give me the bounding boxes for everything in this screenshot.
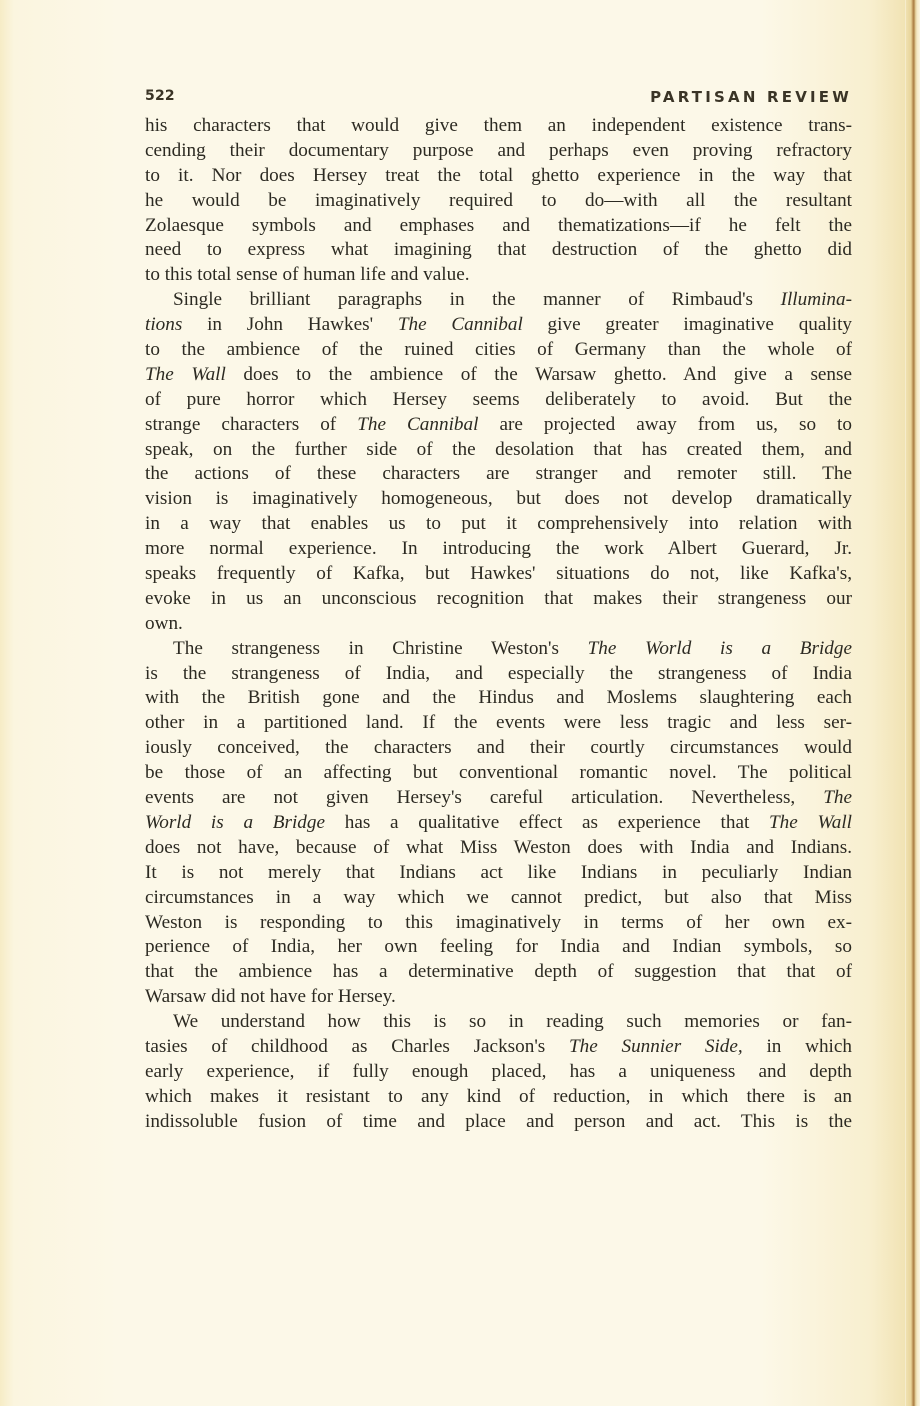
- text-line: in a way that enables us to put it compr…: [145, 512, 852, 537]
- text-line: vision is imaginatively homogeneous, but…: [145, 487, 852, 512]
- text-line: speak, on the further side of the desola…: [145, 438, 852, 463]
- text-segment: early experience, if fully enough placed…: [145, 1061, 852, 1082]
- italic-title: Illumina-: [781, 289, 852, 310]
- italic-title: The Cannibal: [357, 414, 478, 435]
- text-segment: cending their documentary purpose and pe…: [145, 140, 852, 161]
- text-line: is the strangeness of India, and especia…: [145, 662, 852, 687]
- text-line: It is not merely that Indians act like I…: [145, 861, 852, 886]
- text-segment: to this total sense of human life and va…: [145, 264, 470, 285]
- text-segment: perience of India, her own feeling for I…: [145, 936, 852, 957]
- text-segment: in John Hawkes': [182, 314, 397, 335]
- text-segment: that the ambience has a determinative de…: [145, 961, 852, 982]
- text-segment: tasies of childhood as Charles Jackson's: [145, 1036, 569, 1057]
- text-line: tasies of childhood as Charles Jackson's…: [145, 1035, 852, 1060]
- text-line: The Wall does to the ambience of the War…: [145, 363, 852, 388]
- text-line: strange characters of The Cannibal are p…: [145, 413, 852, 438]
- text-line: own.: [145, 612, 852, 637]
- text-line: of pure horror which Hersey seems delibe…: [145, 388, 852, 413]
- text-segment: indissoluble fusion of time and place an…: [145, 1111, 852, 1132]
- text-segment: of pure horror which Hersey seems delibe…: [145, 389, 852, 410]
- text-line: his characters that would give them an i…: [145, 114, 852, 139]
- text-segment: in which: [743, 1036, 852, 1057]
- text-line: circumstances in a way which we cannot p…: [145, 886, 852, 911]
- text-segment: the actions of these characters are stra…: [145, 463, 852, 484]
- text-line: speaks frequently of Kafka, but Hawkes' …: [145, 562, 852, 587]
- text-line: to it. Nor does Hersey treat the total g…: [145, 164, 852, 189]
- text-line: he would be imaginatively required to do…: [145, 189, 852, 214]
- text-line: The strangeness in Christine Weston's Th…: [145, 637, 852, 662]
- text-segment: other in a partitioned land. If the even…: [145, 712, 852, 733]
- text-line: other in a partitioned land. If the even…: [145, 711, 852, 736]
- text-segment: circumstances in a way which we cannot p…: [145, 887, 852, 908]
- text-segment: It is not merely that Indians act like I…: [145, 862, 852, 883]
- text-line: with the British gone and the Hindus and…: [145, 686, 852, 711]
- text-line: Zolaesque symbols and emphases and thema…: [145, 214, 852, 239]
- text-line: to this total sense of human life and va…: [145, 263, 852, 288]
- italic-title: tions: [145, 314, 182, 335]
- text-segment: more normal experience. In introducing t…: [145, 538, 852, 559]
- text-segment: We understand how this is so in reading …: [173, 1011, 852, 1032]
- text-line: to the ambience of the ruined cities of …: [145, 338, 852, 363]
- text-segment: he would be imaginatively required to do…: [145, 190, 852, 211]
- text-line: early experience, if fully enough placed…: [145, 1060, 852, 1085]
- text-line: perience of India, her own feeling for I…: [145, 935, 852, 960]
- text-line: which makes it resistant to any kind of …: [145, 1085, 852, 1110]
- running-head: 522 PARTISAN REVIEW: [145, 88, 852, 108]
- text-segment: to it. Nor does Hersey treat the total g…: [145, 165, 852, 186]
- italic-title: The Cannibal: [398, 314, 523, 335]
- text-segment: Zolaesque symbols and emphases and thema…: [145, 215, 852, 236]
- text-line: Single brilliant paragraphs in the manne…: [145, 288, 852, 313]
- text-line: events are not given Hersey's careful ar…: [145, 786, 852, 811]
- text-segment: events are not given Hersey's careful ar…: [145, 787, 823, 808]
- text-segment: speak, on the further side of the desola…: [145, 439, 852, 460]
- journal-title: PARTISAN REVIEW: [650, 88, 852, 106]
- text-segment: which makes it resistant to any kind of …: [145, 1086, 852, 1107]
- text-segment: does not have, because of what Miss West…: [145, 837, 852, 858]
- italic-title: The Wall: [769, 812, 852, 833]
- text-segment: strange characters of: [145, 414, 357, 435]
- text-line: evoke in us an unconscious recognition t…: [145, 587, 852, 612]
- text-segment: evoke in us an unconscious recognition t…: [145, 588, 852, 609]
- paragraph: The strangeness in Christine Weston's Th…: [145, 637, 852, 1010]
- text-segment: has a qualitative effect as experience t…: [325, 812, 769, 833]
- text-line: does not have, because of what Miss West…: [145, 836, 852, 861]
- text-line: Warsaw did not have for Hersey.: [145, 985, 852, 1010]
- page-number: 522: [145, 88, 175, 104]
- text-line: the actions of these characters are stra…: [145, 462, 852, 487]
- italic-title: The World is a Bridge: [588, 638, 852, 659]
- text-line: World is a Bridge has a qualitative effe…: [145, 811, 852, 836]
- text-segment: be those of an affecting but conventiona…: [145, 762, 852, 783]
- text-segment: Single brilliant paragraphs in the manne…: [173, 289, 781, 310]
- text-segment: vision is imaginatively homogeneous, but…: [145, 488, 852, 509]
- text-line: need to express what imagining that dest…: [145, 238, 852, 263]
- text-segment: in a way that enables us to put it compr…: [145, 513, 852, 534]
- text-segment: are projected away from us, so to: [478, 414, 852, 435]
- text-line: indissoluble fusion of time and place an…: [145, 1110, 852, 1135]
- text-segment: give greater imaginative quality: [523, 314, 852, 335]
- text-segment: does to the ambience of the Warsaw ghett…: [226, 364, 852, 385]
- text-line: more normal experience. In introducing t…: [145, 537, 852, 562]
- text-segment: Weston is responding to this imaginative…: [145, 912, 852, 933]
- text-segment: iously conceived, the characters and the…: [145, 737, 852, 758]
- text-segment: with the British gone and the Hindus and…: [145, 687, 852, 708]
- text-line: cending their documentary purpose and pe…: [145, 139, 852, 164]
- text-segment: own.: [145, 613, 183, 634]
- paragraph: his characters that would give them an i…: [145, 114, 852, 288]
- text-line: be those of an affecting but conventiona…: [145, 761, 852, 786]
- text-segment: to the ambience of the ruined cities of …: [145, 339, 852, 360]
- text-line: that the ambience has a determinative de…: [145, 960, 852, 985]
- text-segment: is the strangeness of India, and especia…: [145, 663, 852, 684]
- paragraph: Single brilliant paragraphs in the manne…: [145, 288, 852, 636]
- italic-title: The Sunnier Side,: [569, 1036, 743, 1057]
- text-line: tions in John Hawkes' The Cannibal give …: [145, 313, 852, 338]
- text-line: We understand how this is so in reading …: [145, 1010, 852, 1035]
- text-segment: speaks frequently of Kafka, but Hawkes' …: [145, 563, 852, 584]
- text-line: Weston is responding to this imaginative…: [145, 911, 852, 936]
- page-binding-edge: [906, 0, 920, 1406]
- text-segment: his characters that would give them an i…: [145, 115, 852, 136]
- italic-title: The Wall: [145, 364, 226, 385]
- book-page: 522 PARTISAN REVIEW his characters that …: [0, 0, 920, 1406]
- text-line: iously conceived, the characters and the…: [145, 736, 852, 761]
- italic-title: The: [823, 787, 852, 808]
- text-segment: need to express what imagining that dest…: [145, 239, 852, 260]
- text-segment: Warsaw did not have for Hersey.: [145, 986, 396, 1007]
- body-text: his characters that would give them an i…: [145, 114, 852, 1135]
- text-segment: The strangeness in Christine Weston's: [173, 638, 588, 659]
- paragraph: We understand how this is so in reading …: [145, 1010, 852, 1134]
- italic-title: World is a Bridge: [145, 812, 325, 833]
